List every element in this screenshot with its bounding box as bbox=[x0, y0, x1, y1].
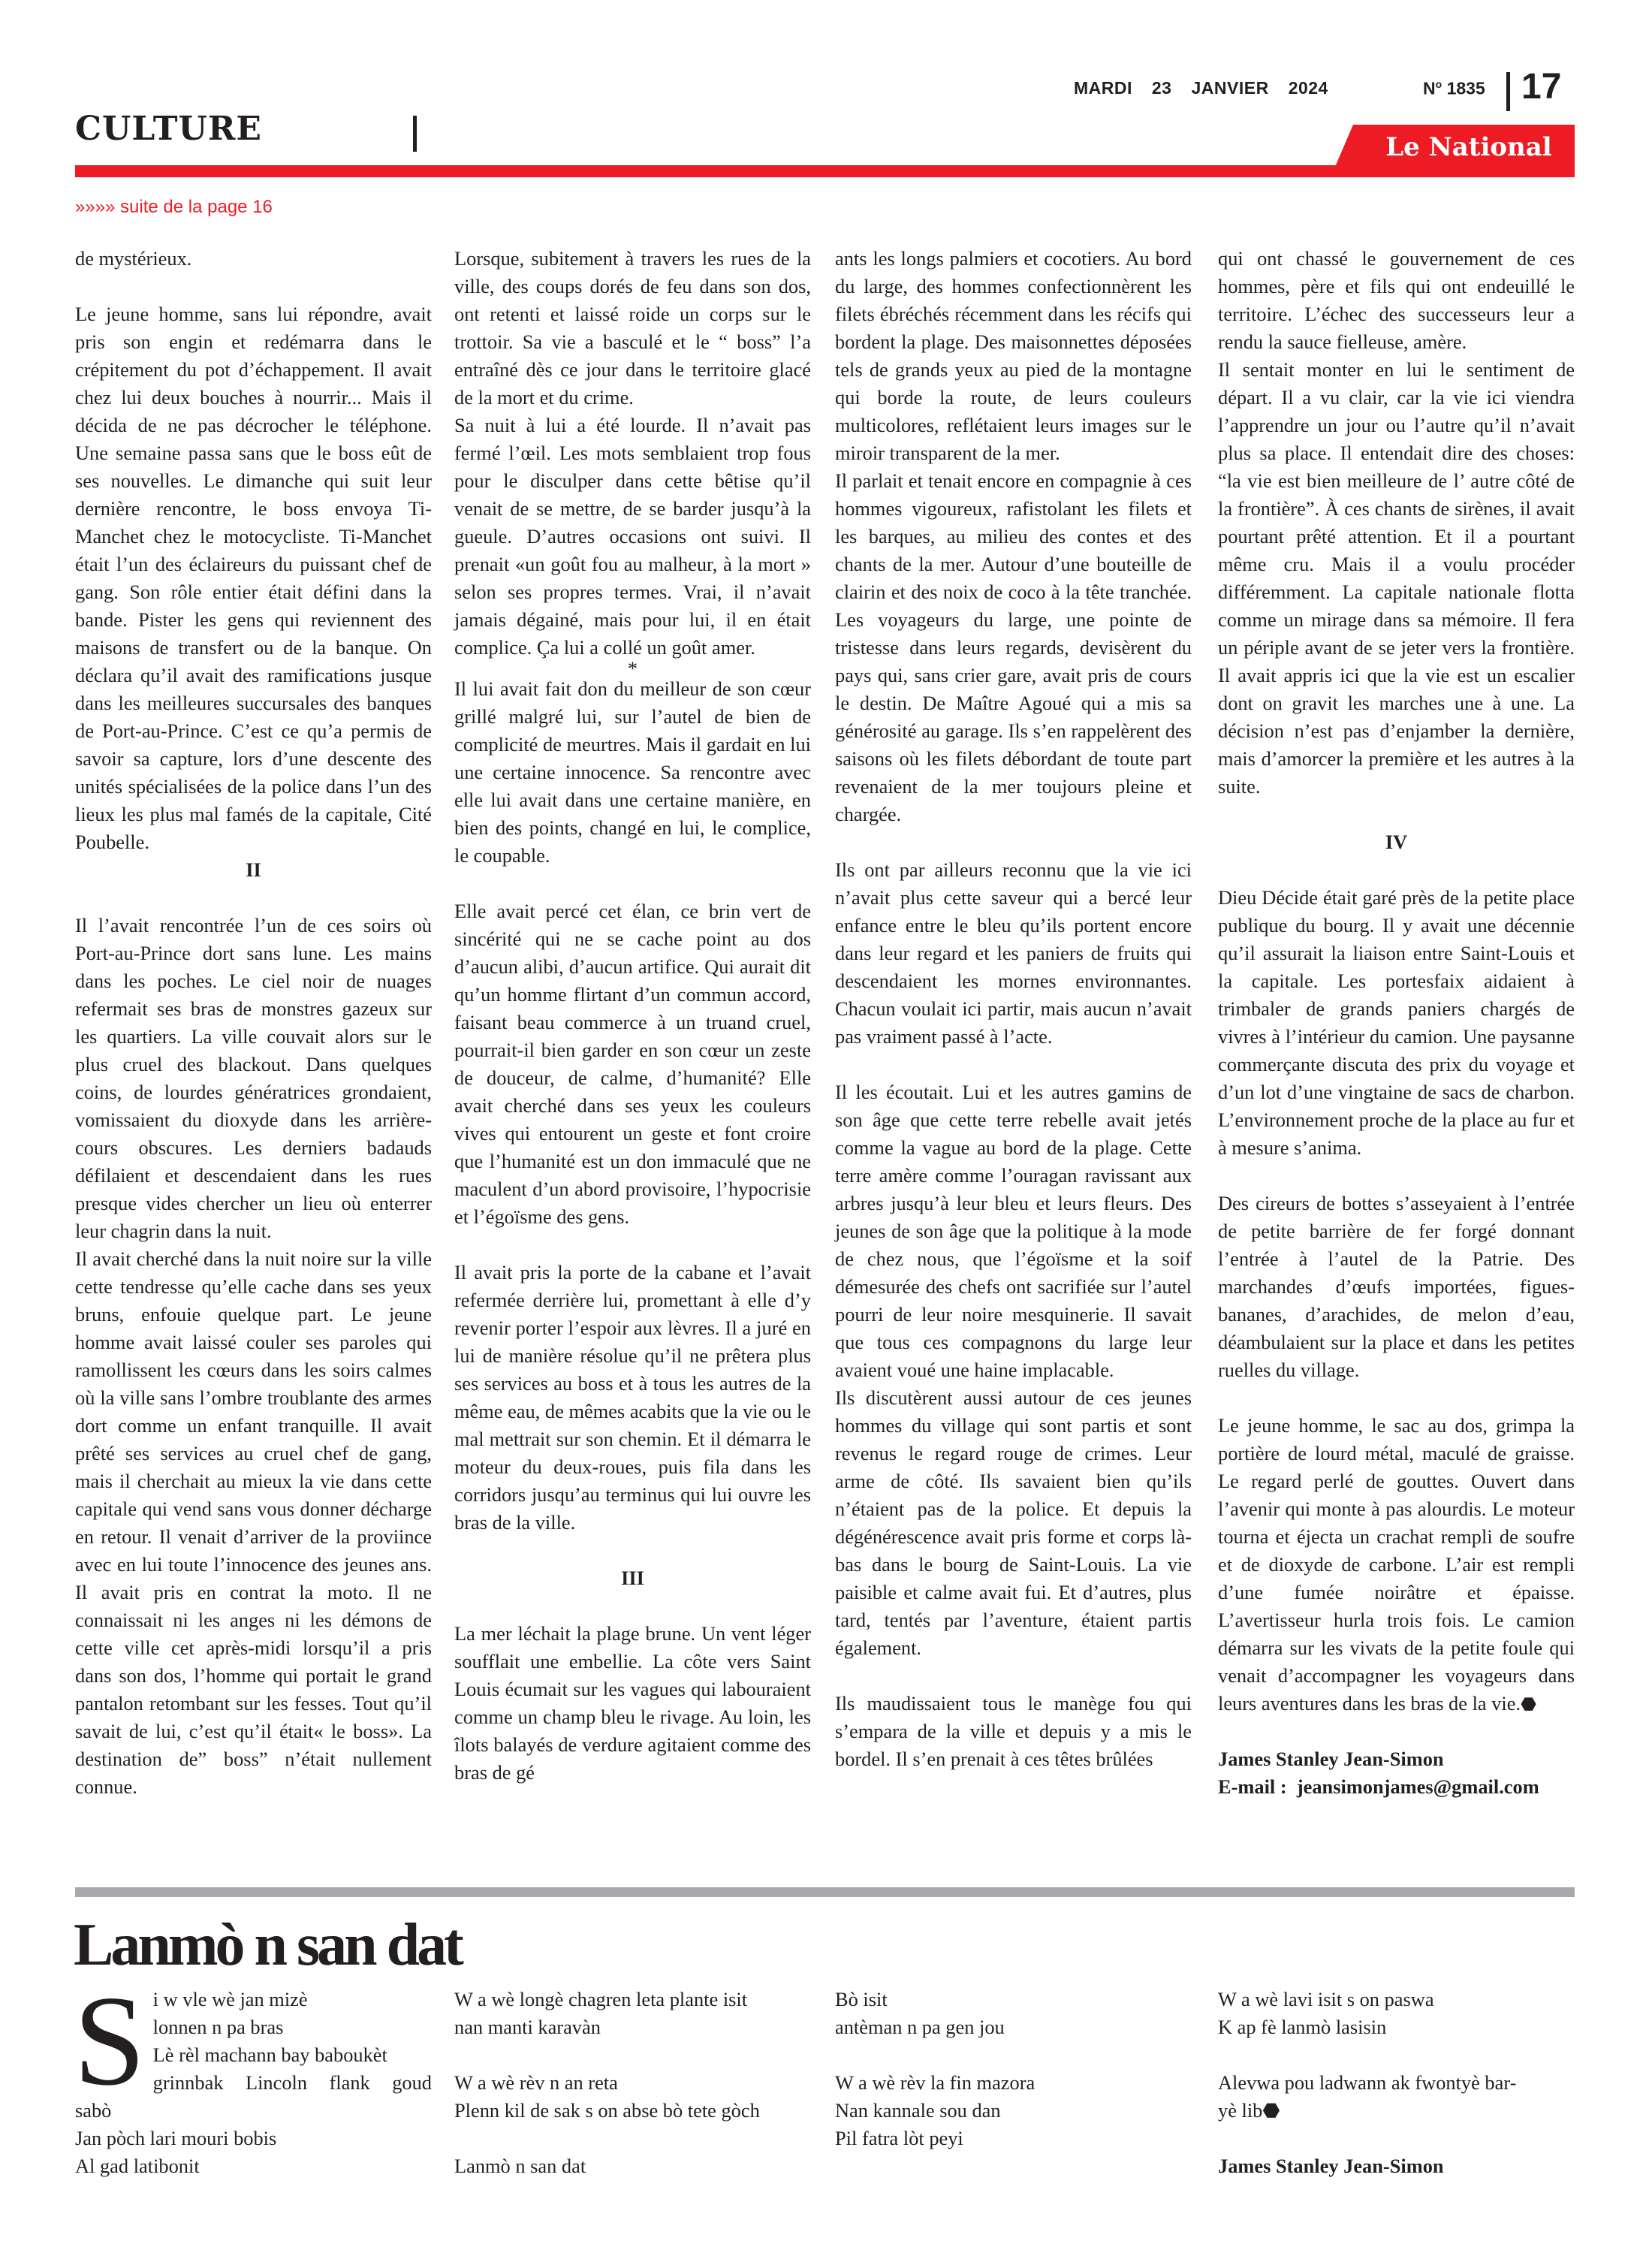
poem-line: Alevwa pou ladwann ak fwontyè bar- bbox=[1218, 2069, 1575, 2097]
paragraph: Ils ont par ailleurs reconnu que la vie … bbox=[835, 856, 1192, 1051]
poem-line: Nan kannale sou dan bbox=[835, 2097, 1192, 2125]
poem-column-2: W a wè longè chagren leta plante isit na… bbox=[454, 1986, 811, 2180]
stanza-break bbox=[454, 2041, 811, 2069]
email-link[interactable]: jeansimonjames@gmail.com bbox=[1297, 1775, 1539, 1798]
paragraph: La mer léchait la plage brune. Un vent l… bbox=[454, 1620, 811, 1787]
poem-column-3: Bò isit antèman n pa gen jou W a wè rèv … bbox=[835, 1986, 1192, 2152]
section-heading-ii: II bbox=[75, 856, 432, 884]
article-column-3: ants les longs palmiers et cocotiers. Au… bbox=[835, 245, 1192, 1773]
poem-line: antèman n pa gen jou bbox=[835, 2013, 1192, 2041]
paragraph: qui ont chassé le gouvernement de ces ho… bbox=[1218, 245, 1575, 356]
paragraph: Il les écoutait. Lui et les autres gamin… bbox=[835, 1078, 1192, 1384]
poem-line: Plenn kil de sak s on abse bò tete gòch bbox=[454, 2097, 811, 2125]
poem-line: Jan pòch lari mouri bobis bbox=[75, 2125, 432, 2152]
poem-line: yè lib⬣ bbox=[1218, 2097, 1575, 2125]
paragraph: Il avait cherché dans la nuit noire sur … bbox=[75, 1245, 432, 1801]
article-column-4: qui ont chassé le gouvernement de ces ho… bbox=[1218, 245, 1575, 1801]
paragraph: Il sentait monter en lui le sentiment de… bbox=[1218, 356, 1575, 801]
stanza-break bbox=[1218, 2041, 1575, 2069]
brand-name: Le National bbox=[1371, 132, 1566, 162]
section-break-asterisk: * bbox=[454, 662, 811, 675]
poem-line: W a wè longè chagren leta plante isit bbox=[454, 1986, 811, 2013]
newspaper-page: MARDI 23 JANVIER 2024 No 1835 17 CULTURE… bbox=[0, 0, 1652, 2253]
author-email: E-mail : jeansimonjames@gmail.com bbox=[1218, 1773, 1575, 1801]
section-gray-rule bbox=[75, 1887, 1575, 1897]
section-heading-iv: IV bbox=[1218, 828, 1575, 856]
issue-number-value: 1835 bbox=[1447, 79, 1485, 98]
poem-signature: James Stanley Jean-Simon bbox=[1218, 2152, 1575, 2180]
issue-year: 2024 bbox=[1289, 78, 1328, 98]
paragraph-text: Le jeune homme, le sac au dos, grim­pa l… bbox=[1218, 1414, 1575, 1715]
issue-date-number: 23 bbox=[1152, 78, 1172, 98]
issue-prefix: N bbox=[1423, 79, 1436, 98]
page-number: 17 bbox=[1521, 68, 1561, 107]
poem-line: Al gad latibonit bbox=[75, 2152, 432, 2180]
paragraph: Le jeune homme, sans lui répondre, avait… bbox=[75, 300, 432, 856]
end-of-article-icon: ⬣ bbox=[1521, 1697, 1536, 1712]
paragraph: Il parlait et tenait encore en compagnie… bbox=[835, 467, 1192, 828]
poem-column-1: S i w vle wè jan mizè lonnen n pa bras L… bbox=[75, 1986, 432, 2180]
issue-month: JANVIER bbox=[1191, 78, 1268, 98]
paragraph: Lorsque, subitement à travers les rues d… bbox=[454, 245, 811, 412]
issue-date: MARDI 23 JANVIER 2024 bbox=[1074, 78, 1328, 98]
section-title: CULTURE bbox=[75, 110, 262, 148]
email-label: E-mail : bbox=[1218, 1775, 1287, 1798]
issue-number: No 1835 bbox=[1423, 78, 1485, 99]
poem-line: W a wè lavi isit s on paswa bbox=[1218, 1986, 1575, 2013]
poem-column-4: W a wè lavi isit s on paswa K ap fè lanm… bbox=[1218, 1986, 1575, 2180]
paragraph: Il avait pris la porte de la cabane et l… bbox=[454, 1259, 811, 1537]
section-divider bbox=[413, 116, 417, 152]
stanza-break bbox=[1218, 2125, 1575, 2152]
paragraph: Sa nuit à lui a été lourde. Il n’avait p… bbox=[454, 412, 811, 662]
poem-line: Pil fatra lòt peyi bbox=[835, 2125, 1192, 2152]
drop-cap: S bbox=[74, 1989, 146, 2094]
paragraph: Il lui avait fait don du meilleur de son… bbox=[454, 675, 811, 870]
paragraph: Elle avait percé cet élan, ce brin vert … bbox=[454, 897, 811, 1231]
page-number-divider bbox=[1506, 72, 1510, 111]
continued-from-link[interactable]: »»»» suite de la page 16 bbox=[75, 197, 273, 218]
author-byline: James Stanley Jean-Simon bbox=[1218, 1745, 1575, 1773]
stanza-break bbox=[835, 2041, 1192, 2069]
paragraph: Le jeune homme, le sac au dos, grim­pa l… bbox=[1218, 1412, 1575, 1718]
article-column-2: Lorsque, subitement à travers les rues d… bbox=[454, 245, 811, 1787]
poem-line: K ap fè lanmò lasisin bbox=[1218, 2013, 1575, 2041]
issue-prefix-sup: o bbox=[1436, 78, 1442, 90]
paragraph: Ils discutèrent aussi autour de ces jeun… bbox=[835, 1384, 1192, 1662]
article-column-1: de mystérieux. Le jeune homme, sans lui … bbox=[75, 245, 432, 1801]
paragraph: Ils maudissaient tous le manège fou qui … bbox=[835, 1690, 1192, 1773]
paragraph: Dieu Décide était garé près de la petite… bbox=[1218, 884, 1575, 1162]
poem-line: Bò isit bbox=[835, 1986, 1192, 2013]
stanza-break bbox=[454, 2125, 811, 2152]
section-heading-iii: III bbox=[454, 1564, 811, 1592]
issue-day: MARDI bbox=[1074, 78, 1132, 98]
paragraph: ants les longs palmiers et cocotiers. Au… bbox=[835, 245, 1192, 467]
paragraph: de mystérieux. bbox=[75, 245, 432, 273]
poem-line: nan manti karavàn bbox=[454, 2013, 811, 2041]
paragraph: Il l’avait rencontrée l’un de ces soirs … bbox=[75, 912, 432, 1245]
poem-line: W a wè rèv n an reta bbox=[454, 2069, 811, 2097]
paragraph: Des cireurs de bottes s’asseyaient à l’e… bbox=[1218, 1190, 1575, 1384]
poem-line: W a wè rèv la fin mazora bbox=[835, 2069, 1192, 2097]
poem-line: Lanmò n san dat bbox=[454, 2152, 811, 2180]
